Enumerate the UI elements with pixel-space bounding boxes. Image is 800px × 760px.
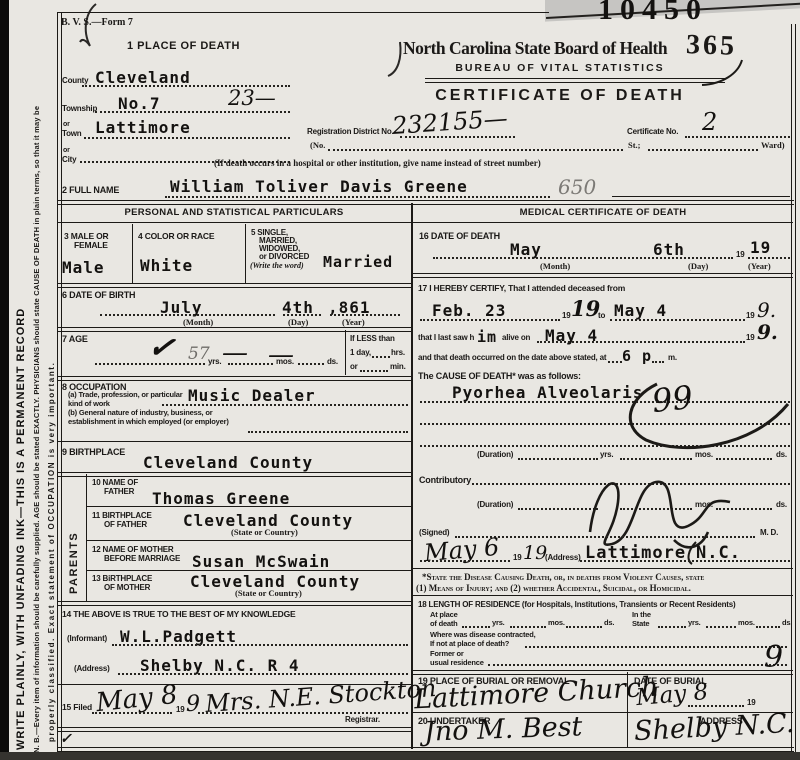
marital-note: (Write the word)	[250, 261, 304, 270]
street-label: St.;	[628, 140, 641, 150]
dod-year: 19	[750, 238, 771, 257]
md-label: M. D.	[760, 528, 778, 537]
age-checkmark: ✓	[145, 326, 177, 367]
dod-year-printed: 19	[736, 250, 745, 259]
bureau-title: BUREAU OF VITAL STATISTICS	[440, 62, 680, 74]
street-no-label: (No.	[310, 140, 325, 150]
age-label: 7 AGE	[62, 334, 88, 344]
duration-label-2: (Duration)	[477, 500, 513, 509]
registration-district-label: Registration District No.	[307, 127, 394, 136]
place-of-death-label: 1 PLACE OF DEATH	[127, 40, 240, 53]
birthplace-label: 9 BIRTHPLACE	[62, 447, 125, 457]
marital-value: Married	[323, 253, 393, 271]
attended-to-date: May 4	[614, 301, 667, 320]
occupation-a-value: Music Dealer	[188, 386, 316, 405]
town-value: Lattimore	[95, 118, 191, 137]
form-code: B. V. S.—Form 7	[61, 17, 133, 28]
form-border-top	[57, 12, 549, 13]
cause-of-death-label: The CAUSE OF DEATH* was as follows:	[418, 371, 581, 381]
signed-label: (Signed)	[419, 528, 449, 537]
margin-instruction-3: properly classified. Exact statement of …	[47, 362, 56, 742]
mother-birthplace-label: 13 BiRTHPLACE	[92, 574, 152, 583]
certificate-scan: 10450 365 WRITE PLAINLY, WITH UNFADING I…	[0, 0, 800, 753]
min-caption: min.	[390, 362, 406, 371]
sign-year-printed: 19	[513, 553, 522, 562]
father-birthplace-caption: (State or Country)	[231, 527, 298, 537]
to-label: to	[598, 311, 605, 320]
age-ds-caption: ds.	[327, 357, 338, 366]
father-name-label: 10 NAME OF	[92, 478, 138, 487]
certificate-no-label: Certificate No.	[627, 127, 678, 136]
last-saw-label: that I last saw h	[418, 333, 474, 342]
undertaker-hw: Jno M. Best	[424, 711, 583, 748]
death-occurred-label: and that death occurred on the date abov…	[418, 353, 606, 362]
dod-year-caption: (Year)	[748, 261, 771, 271]
dob-label: 6 DATE OF BIRTH	[62, 290, 135, 300]
mother-name-label: 12 NAME OF MOTHER	[92, 545, 174, 554]
occupation-b-label: (b) General nature of industry, business…	[68, 409, 246, 426]
dob-year-caption: (Year)	[342, 317, 365, 327]
attended-to-year-printed: 19	[746, 311, 755, 320]
hrs-caption: hrs.	[391, 348, 405, 357]
full-name-label: 2 FULL NAME	[62, 185, 119, 195]
stamp-flourish-mark	[692, 58, 752, 88]
attended-to-year-hw: 9.	[757, 298, 776, 322]
duration-label-1: (Duration)	[477, 450, 513, 459]
dod-month-caption: (Month)	[540, 261, 570, 271]
sex-value: Male	[62, 258, 105, 277]
full-name-handwritten-number: 650	[558, 175, 596, 199]
full-name-value: William Toliver Davis Greene	[170, 177, 468, 196]
death-time-m-label: m.	[668, 353, 677, 362]
color-race-label: 4 COLOR OR RACE	[138, 232, 214, 242]
color-race-value: White	[140, 256, 193, 275]
dod-label: 16 DATE OF DEATH	[419, 231, 500, 241]
sign-year-hw: 19	[523, 542, 547, 564]
age-yrs-caption: yrs.	[208, 357, 221, 366]
residence-label: 18 LENGTH OF RESIDENCE (for Hospitals, I…	[418, 600, 735, 609]
personal-section-title: PERSONAL AND STATISTICAL PARTICULARS	[57, 208, 411, 219]
address-pen-stroke	[682, 540, 700, 566]
city-label: City	[62, 155, 76, 164]
mother-birthplace-caption: (State or Country)	[235, 588, 302, 598]
sign-date-hw: May 6	[423, 533, 500, 567]
hospital-note: (If death occurs in a hospital or other …	[214, 158, 541, 168]
attended-from-date: Feb. 23	[432, 301, 506, 320]
header-separator	[57, 200, 794, 205]
circled-annotation-mark	[602, 378, 800, 454]
bottom-checkmark: ✓	[60, 731, 72, 747]
margin-instruction-2: N. B.—Every item of information should b…	[33, 106, 42, 753]
footnote-line-1: *State the Disease Causing Death, or, in…	[422, 572, 704, 582]
burial-year-printed: 19	[747, 698, 756, 707]
scan-edge-left	[0, 0, 9, 760]
township-label: Township	[62, 104, 97, 113]
township-handwritten-number: 23—	[228, 86, 276, 110]
attended-from-year-printed: 19	[562, 311, 571, 320]
certificate-title: CERTIFICATE OF DEATH	[420, 87, 700, 105]
or-label-town: or	[63, 121, 70, 129]
last-saw-year-hw: 9.	[757, 320, 778, 344]
filed-label: 15 Filed	[62, 703, 92, 713]
margin-instruction-1: WRITE PLAINLY, WITH UNFADING INK—THIS IS…	[15, 308, 28, 750]
town-label: Town	[62, 129, 82, 138]
age-mos-caption: mos.	[276, 357, 294, 366]
father-birthplace-label: 11 BIRTHPLACE	[92, 511, 152, 520]
informant-label: (Informant)	[67, 634, 107, 643]
dob-day-caption: (Day)	[288, 317, 308, 327]
footnote-line-2: (1) Means of Injury; and (2) whether Acc…	[416, 583, 691, 593]
cause-annotation-value: 99	[650, 378, 694, 420]
contributory-label: Contributory	[419, 475, 471, 485]
certificate-no-value: 2	[702, 108, 717, 136]
dob-month-caption: (Month)	[183, 317, 213, 327]
serial-number: 10450	[598, 0, 708, 27]
age-value: 57	[188, 344, 210, 364]
registration-district-value: 232155—	[391, 104, 508, 140]
birthplace-value: Cleveland County	[143, 453, 313, 472]
last-saw-year-printed: 19	[746, 333, 755, 342]
attest-label: 14 THE ABOVE IS TRUE TO THE BEST OF MY K…	[62, 610, 295, 620]
county-label: County	[62, 76, 88, 85]
medical-section-title: MEDICAL CERTIFICATE OF DEATH	[413, 208, 793, 219]
ward-label: Ward)	[761, 140, 785, 150]
undertaker-address-hw: Shelby N.C.	[633, 708, 795, 747]
less-than-label: If LESS than	[350, 334, 395, 343]
board-title: North Carolina State Board of Health	[390, 38, 680, 59]
informant-address-label: (Address)	[74, 664, 110, 673]
mother-name-value: Susan McSwain	[192, 552, 330, 571]
sign-address-label: (Address)	[545, 553, 581, 562]
parents-label: PARENTS	[68, 532, 81, 594]
physician-signature	[578, 462, 753, 552]
attended-from-year-hw: 19	[571, 296, 600, 321]
scan-edge-bottom	[0, 752, 800, 760]
or-label-city: or	[63, 147, 70, 155]
last-saw-him-typed: im	[477, 328, 497, 346]
filed-year-printed: 19	[176, 705, 185, 714]
burial-year-hw: 9	[764, 640, 783, 675]
dod-day-caption: (Day)	[688, 261, 708, 271]
death-time-value: 6 p	[622, 347, 652, 365]
or-caption: or	[350, 362, 358, 371]
column-divider	[411, 203, 413, 749]
registrar-label: Registrar.	[345, 715, 380, 724]
certify-label: 17 I HEREBY CERTIFY, That I attended dec…	[418, 284, 625, 294]
